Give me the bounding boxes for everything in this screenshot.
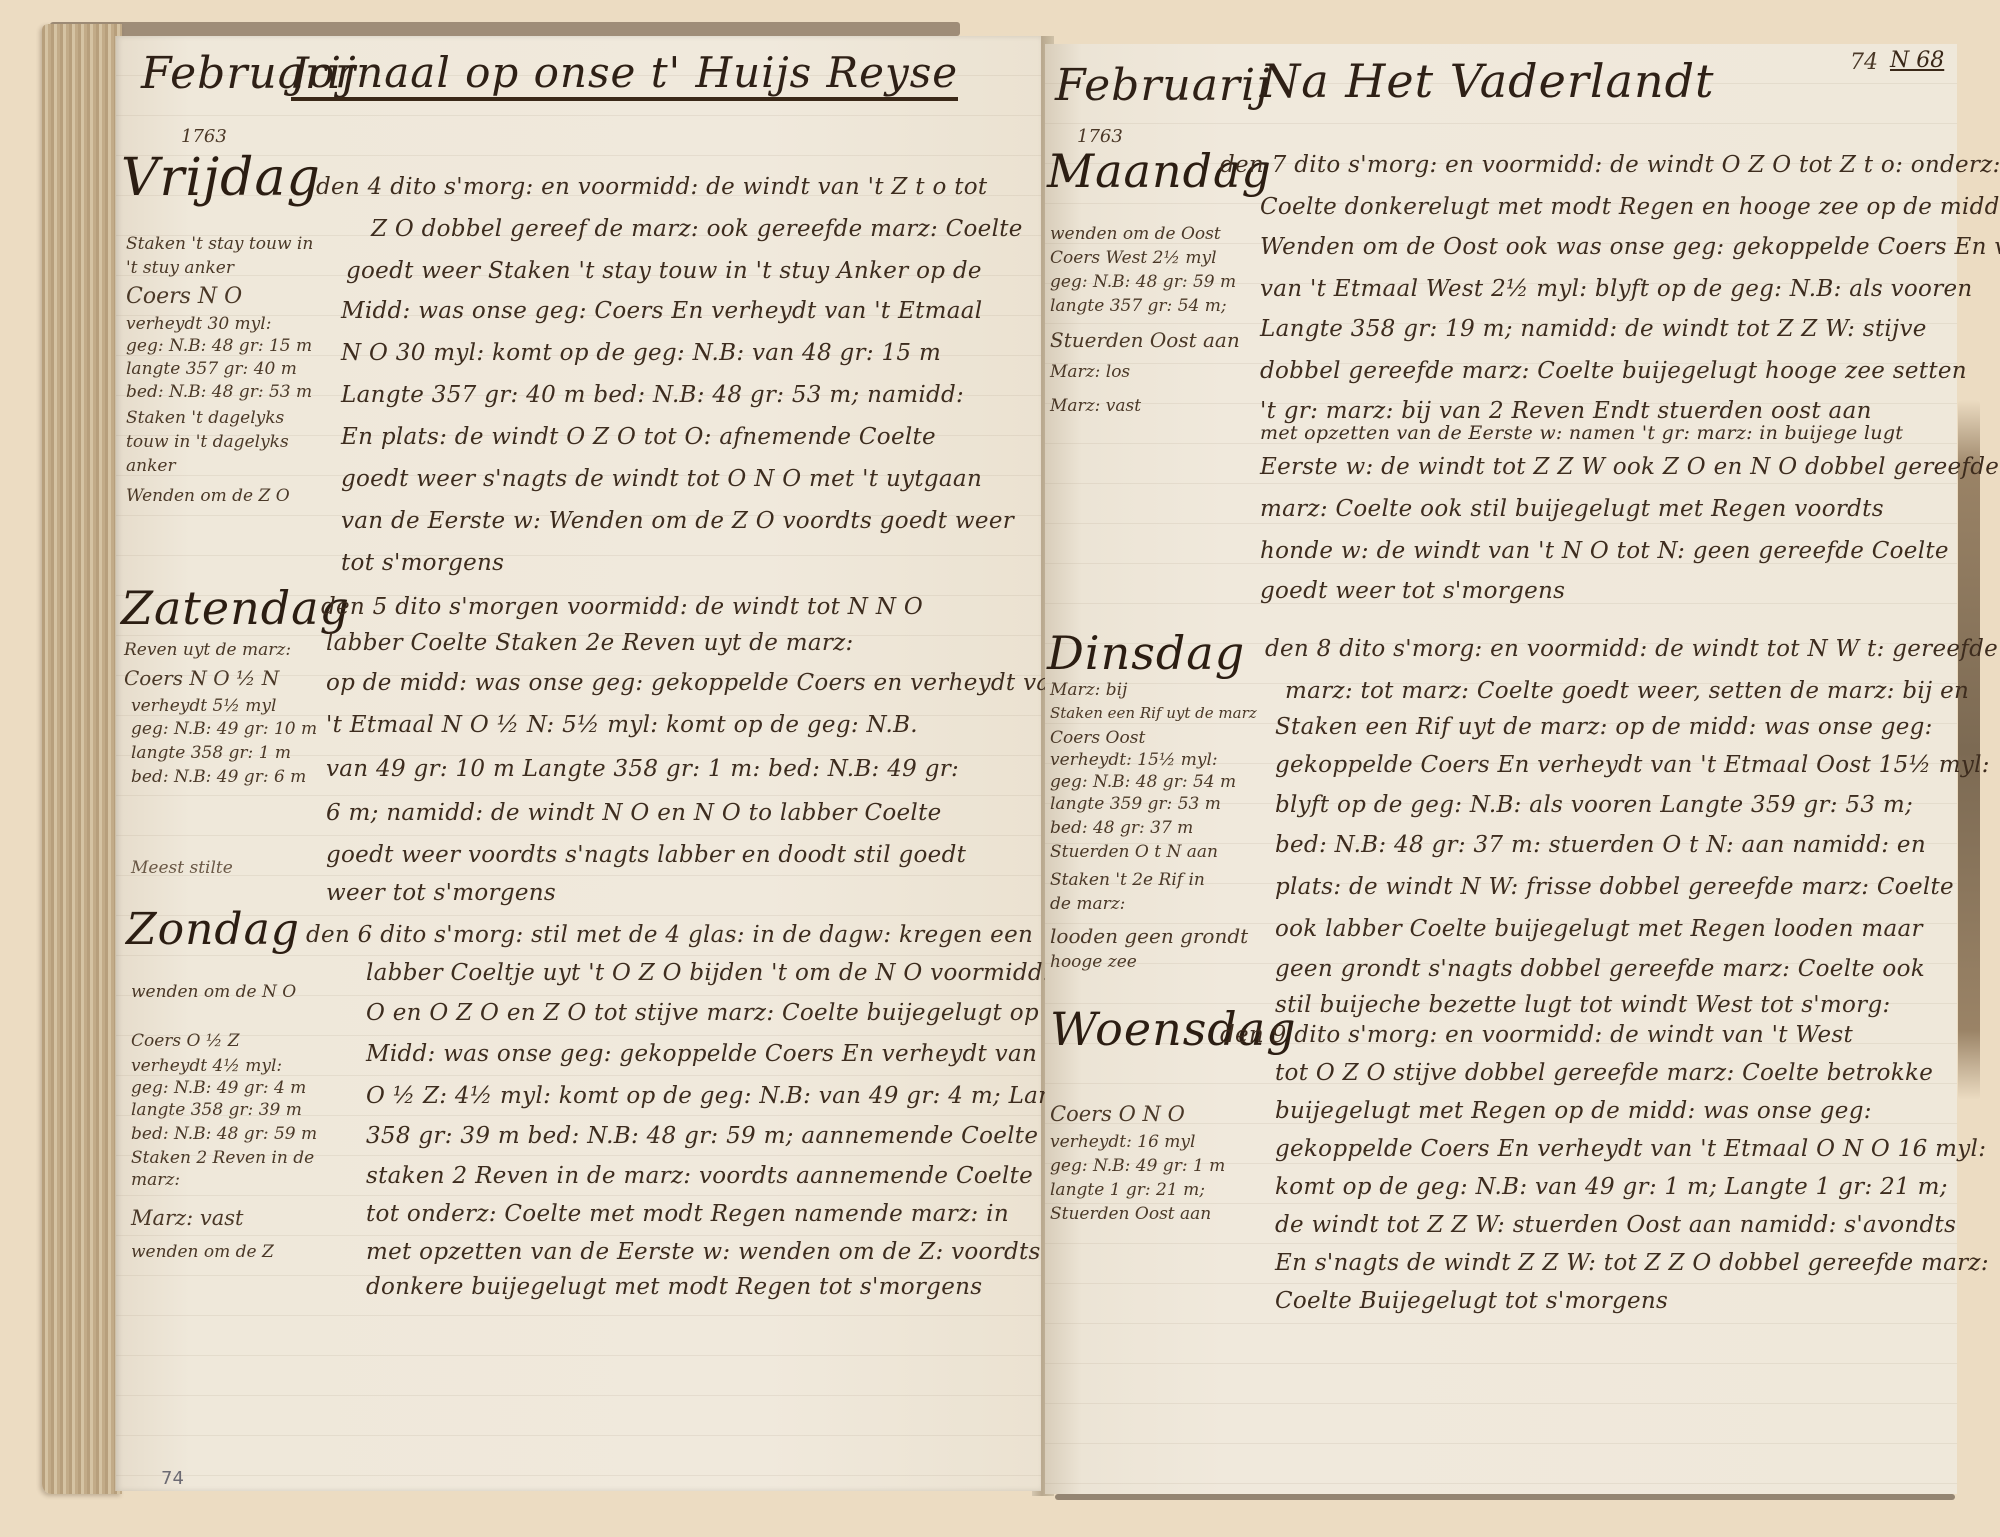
entry-line: stil buijeche bezette lugt tot windt Wes… — [1275, 992, 1891, 1018]
margin-note: Stuerden O t N aan — [1050, 842, 1218, 862]
entry-line: Midd: was onse geg: gekoppelde Coers En … — [366, 1041, 1153, 1067]
margin-note: langte 1 gr: 21 m; — [1050, 1180, 1205, 1200]
entry-line: Z O dobbel gereef de marz: ook gereefde … — [371, 216, 1023, 242]
left-journal-title: Jornaal op onse t' Huijs Reyse — [291, 48, 958, 101]
entry-line: Langte 357 gr: 40 m bed: N.B: 48 gr: 53 … — [341, 382, 964, 408]
margin-note: touw in 't dagelyks — [126, 432, 289, 452]
entry-line: donkere buijegelugt met modt Regen tot s… — [366, 1274, 982, 1300]
margin-note: Stuerden Oost aan — [1050, 328, 1240, 352]
margin-note: geg: N.B: 48 gr: 54 m — [1050, 772, 1236, 792]
margin-note: wenden om de Oost — [1050, 224, 1221, 244]
entry-line: goedt weer voordts s'nagts labber en doo… — [326, 842, 966, 868]
margin-note: Coers Oost — [1050, 728, 1145, 748]
entry-line: Coelte donkerelugt met modt Regen en hoo… — [1260, 194, 2000, 220]
pencil-page-number: 74 — [161, 1468, 184, 1489]
entry-line: plats: de windt N W: frisse dobbel geree… — [1275, 874, 1954, 900]
folio-no-label: N 68 — [1890, 48, 1944, 73]
entry-line: tot onderz: Coelte met modt Regen namend… — [366, 1201, 1009, 1227]
margin-note: looden geen grondt — [1050, 924, 1248, 948]
entry-line: O ½ Z: 4½ myl: komt op de geg: N.B: van … — [366, 1083, 1092, 1109]
margin-note: langte 359 gr: 53 m — [1050, 794, 1221, 814]
entry-line: goedt weer Staken 't stay touw in 't stu… — [346, 258, 982, 284]
entry-line: den 4 dito s'morg: en voormidd: de windt… — [316, 174, 987, 200]
margin-note: bed: N.B: 48 gr: 53 m — [126, 382, 312, 402]
entry-line: labber Coeltje uyt 't O Z O bijden 't om… — [366, 960, 1162, 986]
entry-line: komt op de geg: N.B: van 49 gr: 1 m; Lan… — [1275, 1174, 1948, 1200]
margin-note: marz: — [131, 1170, 180, 1190]
entry-line: Midd: was onse geg: Coers En verheydt va… — [341, 298, 982, 324]
margin-note: Meest stilte — [131, 858, 233, 878]
margin-note: hooge zee — [1050, 952, 1137, 972]
margin-note: Staken 't 2e Rif in — [1050, 870, 1205, 890]
entry-line: N O 30 myl: komt op de geg: N.B: van 48 … — [341, 340, 941, 366]
entry-line: marz: tot marz: Coelte goedt weer, sette… — [1285, 678, 1969, 704]
margin-note: Coers N O — [126, 284, 242, 309]
entry-line: En plats: de windt O Z O tot O: afnemend… — [341, 424, 936, 450]
entry-line: de windt tot Z Z W: stuerden Oost aan na… — [1275, 1212, 1956, 1238]
entry-line: tot O Z O stijve dobbel gereefde marz: C… — [1275, 1060, 1933, 1086]
margin-note: bed: N.B: 49 gr: 6 m — [131, 767, 306, 787]
entry-line: weer tot s'morgens — [326, 880, 556, 906]
entry-line: met opzetten van de Eerste w: namen 't g… — [1260, 422, 1903, 444]
margin-note: Staken een Rif uyt de marz — [1050, 704, 1257, 722]
torn-page-edge — [1958, 400, 1980, 1100]
entry-line: O en O Z O en Z O tot stijve marz: Coelt… — [366, 1000, 1075, 1026]
entry-line: 358 gr: 39 m bed: N.B: 48 gr: 59 m; aann… — [366, 1123, 1038, 1149]
margin-note: Staken 't dagelyks — [126, 408, 284, 428]
entry-line: gekoppelde Coers En verheydt van 't Etma… — [1275, 752, 1990, 778]
margin-note: Coers N O ½ N — [124, 666, 279, 690]
margin-note: de marz: — [1050, 894, 1125, 914]
folio-number: 74 — [1850, 50, 1878, 75]
entry-line: En s'nagts de windt Z Z W: tot Z Z O dob… — [1275, 1250, 1989, 1276]
entry-line: den 7 dito s'morg: en voormidd: de windt… — [1220, 152, 2000, 178]
entry-line: tot s'morgens — [341, 550, 504, 576]
right-page: Februarij Na Het Vaderlandt 74 N 68 1763… — [1045, 44, 1957, 1494]
entry-line: Langte 358 gr: 19 m; namidd: de windt to… — [1260, 316, 1927, 342]
margin-note: Marz: vast — [131, 1206, 243, 1230]
margin-note: bed: 48 gr: 37 m — [1050, 818, 1193, 838]
entry-line: met opzetten van de Eerste w: wenden om … — [366, 1239, 1133, 1265]
margin-note: Staken 2 Reven in de — [131, 1148, 314, 1168]
entry-line: den 6 dito s'morg: stil met de 4 glas: i… — [306, 922, 1033, 948]
entry-line: 't gr: marz: bij van 2 Reven Endt stuerd… — [1260, 398, 1872, 424]
margin-note: Coers O N O — [1050, 1102, 1185, 1126]
margin-note: anker — [126, 456, 176, 476]
margin-note: Marz: vast — [1050, 396, 1141, 416]
entry-line: den 5 dito s'morgen voormidd: de windt t… — [321, 594, 923, 620]
margin-note: Stuerden Oost aan — [1050, 1204, 1211, 1224]
entry-line: geen grondt s'nagts dobbel gereefde marz… — [1275, 956, 1925, 982]
entry-line: goedt weer tot s'morgens — [1260, 578, 1565, 604]
entry-line: bed: N.B: 48 gr: 37 m: stuerden O t N: a… — [1275, 832, 1926, 858]
entry-line: ook labber Coelte buijegelugt met Regen … — [1275, 916, 1923, 942]
margin-note: geg: N.B: 49 gr: 4 m — [131, 1078, 306, 1098]
open-logbook: Februarij Jornaal op onse t' Huijs Reyse… — [0, 0, 2000, 1537]
margin-note: verheydt: 15½ myl: — [1050, 750, 1218, 770]
margin-note: verheydt 5½ myl — [131, 696, 276, 716]
entry-line: labber Coelte Staken 2e Reven uyt de mar… — [326, 630, 854, 656]
margin-note: langte 357 gr: 54 m; — [1050, 296, 1227, 316]
entry-line: van de Eerste w: Wenden om de Z O voordt… — [341, 508, 1014, 534]
margin-note: verheydt 30 myl: — [126, 314, 271, 334]
margin-note: Marz: bij — [1050, 680, 1127, 700]
entry-line: Staken een Rif uyt de marz: op de midd: … — [1275, 714, 1933, 740]
right-journal-title: Na Het Vaderlandt — [1260, 54, 1715, 108]
day-heading-vrijdag: Vrijdag — [121, 148, 321, 208]
entry-line: Coelte Buijegelugt tot s'morgens — [1275, 1288, 1668, 1314]
entry-line: op de midd: was onse geg: gekoppelde Coe… — [326, 670, 1066, 696]
right-month-heading: Februarij — [1055, 60, 1271, 111]
entry-line: staken 2 Reven in de marz: voordts aanne… — [366, 1163, 1033, 1189]
entry-line: van 't Etmaal West 2½ myl: blyft op de g… — [1260, 276, 1973, 302]
margin-note: Staken 't stay touw in — [126, 234, 313, 254]
margin-note: Reven uyt de marz: — [124, 640, 291, 660]
entry-line: 't Etmaal N O ½ N: 5½ myl: komt op de ge… — [326, 712, 918, 738]
entry-line: van 49 gr: 10 m Langte 358 gr: 1 m: bed:… — [326, 756, 959, 782]
page-stack-edge — [42, 24, 122, 1494]
margin-note: verheydt: 16 myl — [1050, 1132, 1195, 1152]
margin-note: wenden om de Z — [131, 1242, 274, 1262]
entry-line: buijegelugt met Regen op de midd: was on… — [1275, 1098, 1872, 1124]
entry-line: dobbel gereefde marz: Coelte buijegelugt… — [1260, 358, 1967, 384]
day-heading-zatendag: Zatendag — [121, 581, 350, 635]
entry-line: 6 m; namidd: de windt N O en N O to labb… — [326, 800, 942, 826]
page-bottom-edge — [1055, 1494, 1955, 1500]
left-page: Februarij Jornaal op onse t' Huijs Reyse… — [115, 36, 1041, 1491]
margin-note: geg: N.B: 48 gr: 15 m — [126, 336, 312, 356]
margin-note: langte 357 gr: 40 m — [126, 359, 297, 379]
entry-line: den 9 dito s'morg: en voormidd: de windt… — [1220, 1022, 1853, 1048]
margin-note: Coers West 2½ myl — [1050, 248, 1217, 268]
margin-note: geg: N.B: 49 gr: 10 m — [131, 719, 317, 739]
day-heading-zondag: Zondag — [126, 904, 300, 955]
margin-note: Coers O ½ Z — [131, 1031, 240, 1051]
entry-line: honde w: de windt van 't N O tot N: geen… — [1260, 538, 1949, 564]
margin-note: 't stuy anker — [126, 258, 234, 278]
book-cover-edge — [50, 22, 960, 36]
entry-line: marz: Coelte ook stil buijegelugt met Re… — [1260, 496, 1884, 522]
entry-line: goedt weer s'nagts de windt tot O N O me… — [341, 466, 982, 492]
margin-note: Wenden om de Z O — [126, 486, 290, 506]
entry-line: Wenden om de Oost ook was onse geg: geko… — [1260, 234, 2000, 260]
margin-note: wenden om de N O — [131, 982, 296, 1002]
margin-note: langte 358 gr: 1 m — [131, 743, 291, 763]
margin-note: langte 358 gr: 39 m — [131, 1100, 302, 1120]
entry-line: Eerste w: de windt tot Z Z W ook Z O en … — [1260, 454, 1999, 480]
entry-line: gekoppelde Coers En verheydt van 't Etma… — [1275, 1136, 1986, 1162]
margin-note: bed: N.B: 48 gr: 59 m — [131, 1124, 317, 1144]
margin-note: Marz: los — [1050, 362, 1130, 382]
left-year: 1763 — [181, 126, 227, 147]
margin-note: verheydt 4½ myl: — [131, 1056, 282, 1076]
margin-note: geg: N.B: 48 gr: 59 m — [1050, 272, 1236, 292]
entry-line: den 8 dito s'morg: en voormidd: de windt… — [1265, 636, 1998, 662]
margin-note: geg: N.B: 49 gr: 1 m — [1050, 1156, 1225, 1176]
entry-line: blyft op de geg: N.B: als vooren Langte … — [1275, 792, 1913, 818]
day-heading-dinsdag: Dinsdag — [1047, 626, 1245, 680]
